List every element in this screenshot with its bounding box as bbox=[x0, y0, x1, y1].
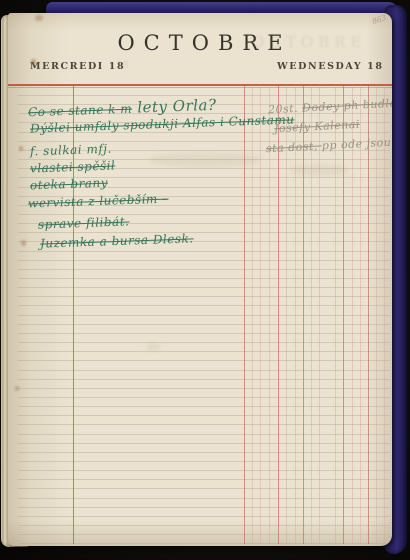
handwriting-segment: Juzemka a bursa Dlesk. bbox=[40, 231, 194, 250]
pink-column-line bbox=[260, 85, 261, 544]
handwriting-segment: f. sulkai mfj. bbox=[30, 142, 112, 159]
handwriting-segment: vlastei spěšil bbox=[30, 159, 116, 176]
pink-column-line bbox=[352, 85, 353, 544]
red-column-line bbox=[343, 85, 344, 544]
foxing-stain bbox=[21, 240, 26, 246]
handwriting-segment: Co se stane k m bbox=[28, 102, 132, 120]
handwriting-segment: sta dost, bbox=[266, 139, 322, 155]
handwriting-segment: 20st. bbox=[268, 102, 303, 117]
pink-column-line bbox=[360, 85, 361, 544]
pencil-entry: sta dost, pp ode jsou bbox=[266, 136, 392, 156]
date-bleedthrough: 18 bbox=[116, 61, 129, 71]
handwriting-segment: lety Orla? bbox=[132, 96, 217, 117]
date-french: MERCREDI 18 bbox=[30, 61, 125, 72]
pink-column-line bbox=[295, 85, 296, 544]
red-column-line bbox=[303, 85, 304, 544]
foxing-stain bbox=[35, 15, 43, 21]
green-ink-entry: vlastei spěšil bbox=[30, 159, 116, 176]
green-ink-entry: Juzemka a bursa Dlesk. bbox=[40, 231, 194, 250]
green-ink-entry: oteka brany bbox=[30, 176, 108, 193]
foxing-stain bbox=[15, 386, 19, 391]
scanned-diary-photo: 863 OCTOBRE OCTOBRE MERCREDI 18 WEDNESDA… bbox=[0, 0, 410, 560]
month-title-bleedthrough: OCTOBRE bbox=[252, 33, 366, 51]
pencil-speck bbox=[146, 343, 160, 351]
handwriting-segment: Dodey ph budle bbox=[302, 97, 392, 115]
pink-column-line bbox=[252, 85, 253, 544]
green-ink-entry: wervista z lučebším – bbox=[28, 192, 169, 211]
foxing-stain bbox=[19, 146, 23, 151]
ink-bleedthrough bbox=[290, 165, 348, 175]
foxing-stain bbox=[31, 59, 36, 65]
date-english: WEDNESDAY 18 bbox=[277, 61, 384, 72]
pink-column-line bbox=[335, 85, 336, 544]
pink-column-line bbox=[319, 85, 320, 544]
pink-column-line bbox=[311, 85, 312, 544]
green-ink-entry: f. sulkai mfj. bbox=[30, 142, 112, 159]
diary-page: 863 OCTOBRE OCTOBRE MERCREDI 18 WEDNESDA… bbox=[8, 13, 392, 546]
pink-column-line bbox=[376, 85, 377, 544]
ink-bleedthrough bbox=[150, 153, 260, 167]
pink-column-line bbox=[384, 85, 385, 544]
handwriting-segment: oteka brany bbox=[30, 176, 108, 193]
handwriting-segment: sprave filibát. bbox=[38, 214, 130, 231]
green-ink-entry: sprave filibát. bbox=[38, 214, 130, 231]
handwriting-segment: wervista z lučebším – bbox=[28, 192, 169, 211]
red-column-line bbox=[368, 85, 369, 544]
pencil-page-number: 863 bbox=[371, 13, 387, 26]
